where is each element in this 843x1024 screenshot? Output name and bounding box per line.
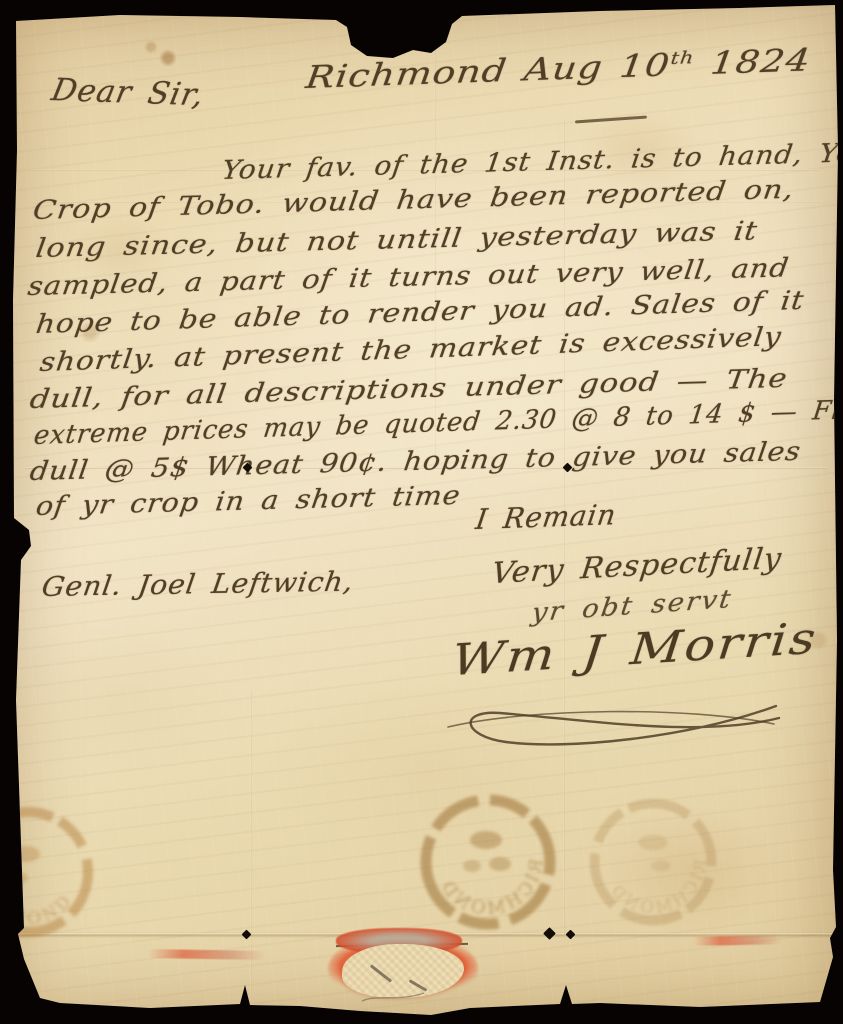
postmark-richmond-left: RICHMOND [0,792,108,952]
date-underline [575,115,647,123]
postmark-text: RICHMOND [434,857,547,919]
dateline-year: 1824 [708,42,813,82]
body-line: of yr crop in a short time [34,481,462,522]
svg-text:RICHMOND: RICHMOND [434,857,547,919]
wax-streak [148,949,266,960]
dateline-month: Aug [522,50,605,89]
pinhole [566,930,576,940]
dateline-day: 10 [618,47,672,85]
salutation: Dear Sir, [49,72,208,113]
signature-flourish [438,694,783,752]
pinhole [543,927,556,940]
addressee: Genl. Joel Leftwich, [40,567,356,604]
pencil-mark [358,988,428,1006]
dateline-place: Richmond [304,53,509,96]
dateline: RichmondAug10th1824 [304,42,813,96]
closing-remain: I Remain [474,498,619,536]
postmark-text: RICHMOND [605,858,710,918]
letter-sheet: Dear Sir, RichmondAug10th1824 Your fav. … [0,0,843,1024]
scan-background: { "letter": { "salutation": "Dear Sir,",… [0,0,843,1024]
postmark-text: RICHMOND [0,868,78,930]
dateline-ordinal: th [670,48,696,69]
signature: Wm J Morris [450,613,820,686]
wax-streak [694,935,782,946]
svg-text:RICHMOND: RICHMOND [0,868,78,930]
postmark-richmond-right: RICHMOND [575,784,731,940]
svg-text:RICHMOND: RICHMOND [605,858,710,918]
closing-respectfully: Very Respectfully [490,541,784,590]
postmark-richmond-center: RICHMOND [408,782,568,942]
